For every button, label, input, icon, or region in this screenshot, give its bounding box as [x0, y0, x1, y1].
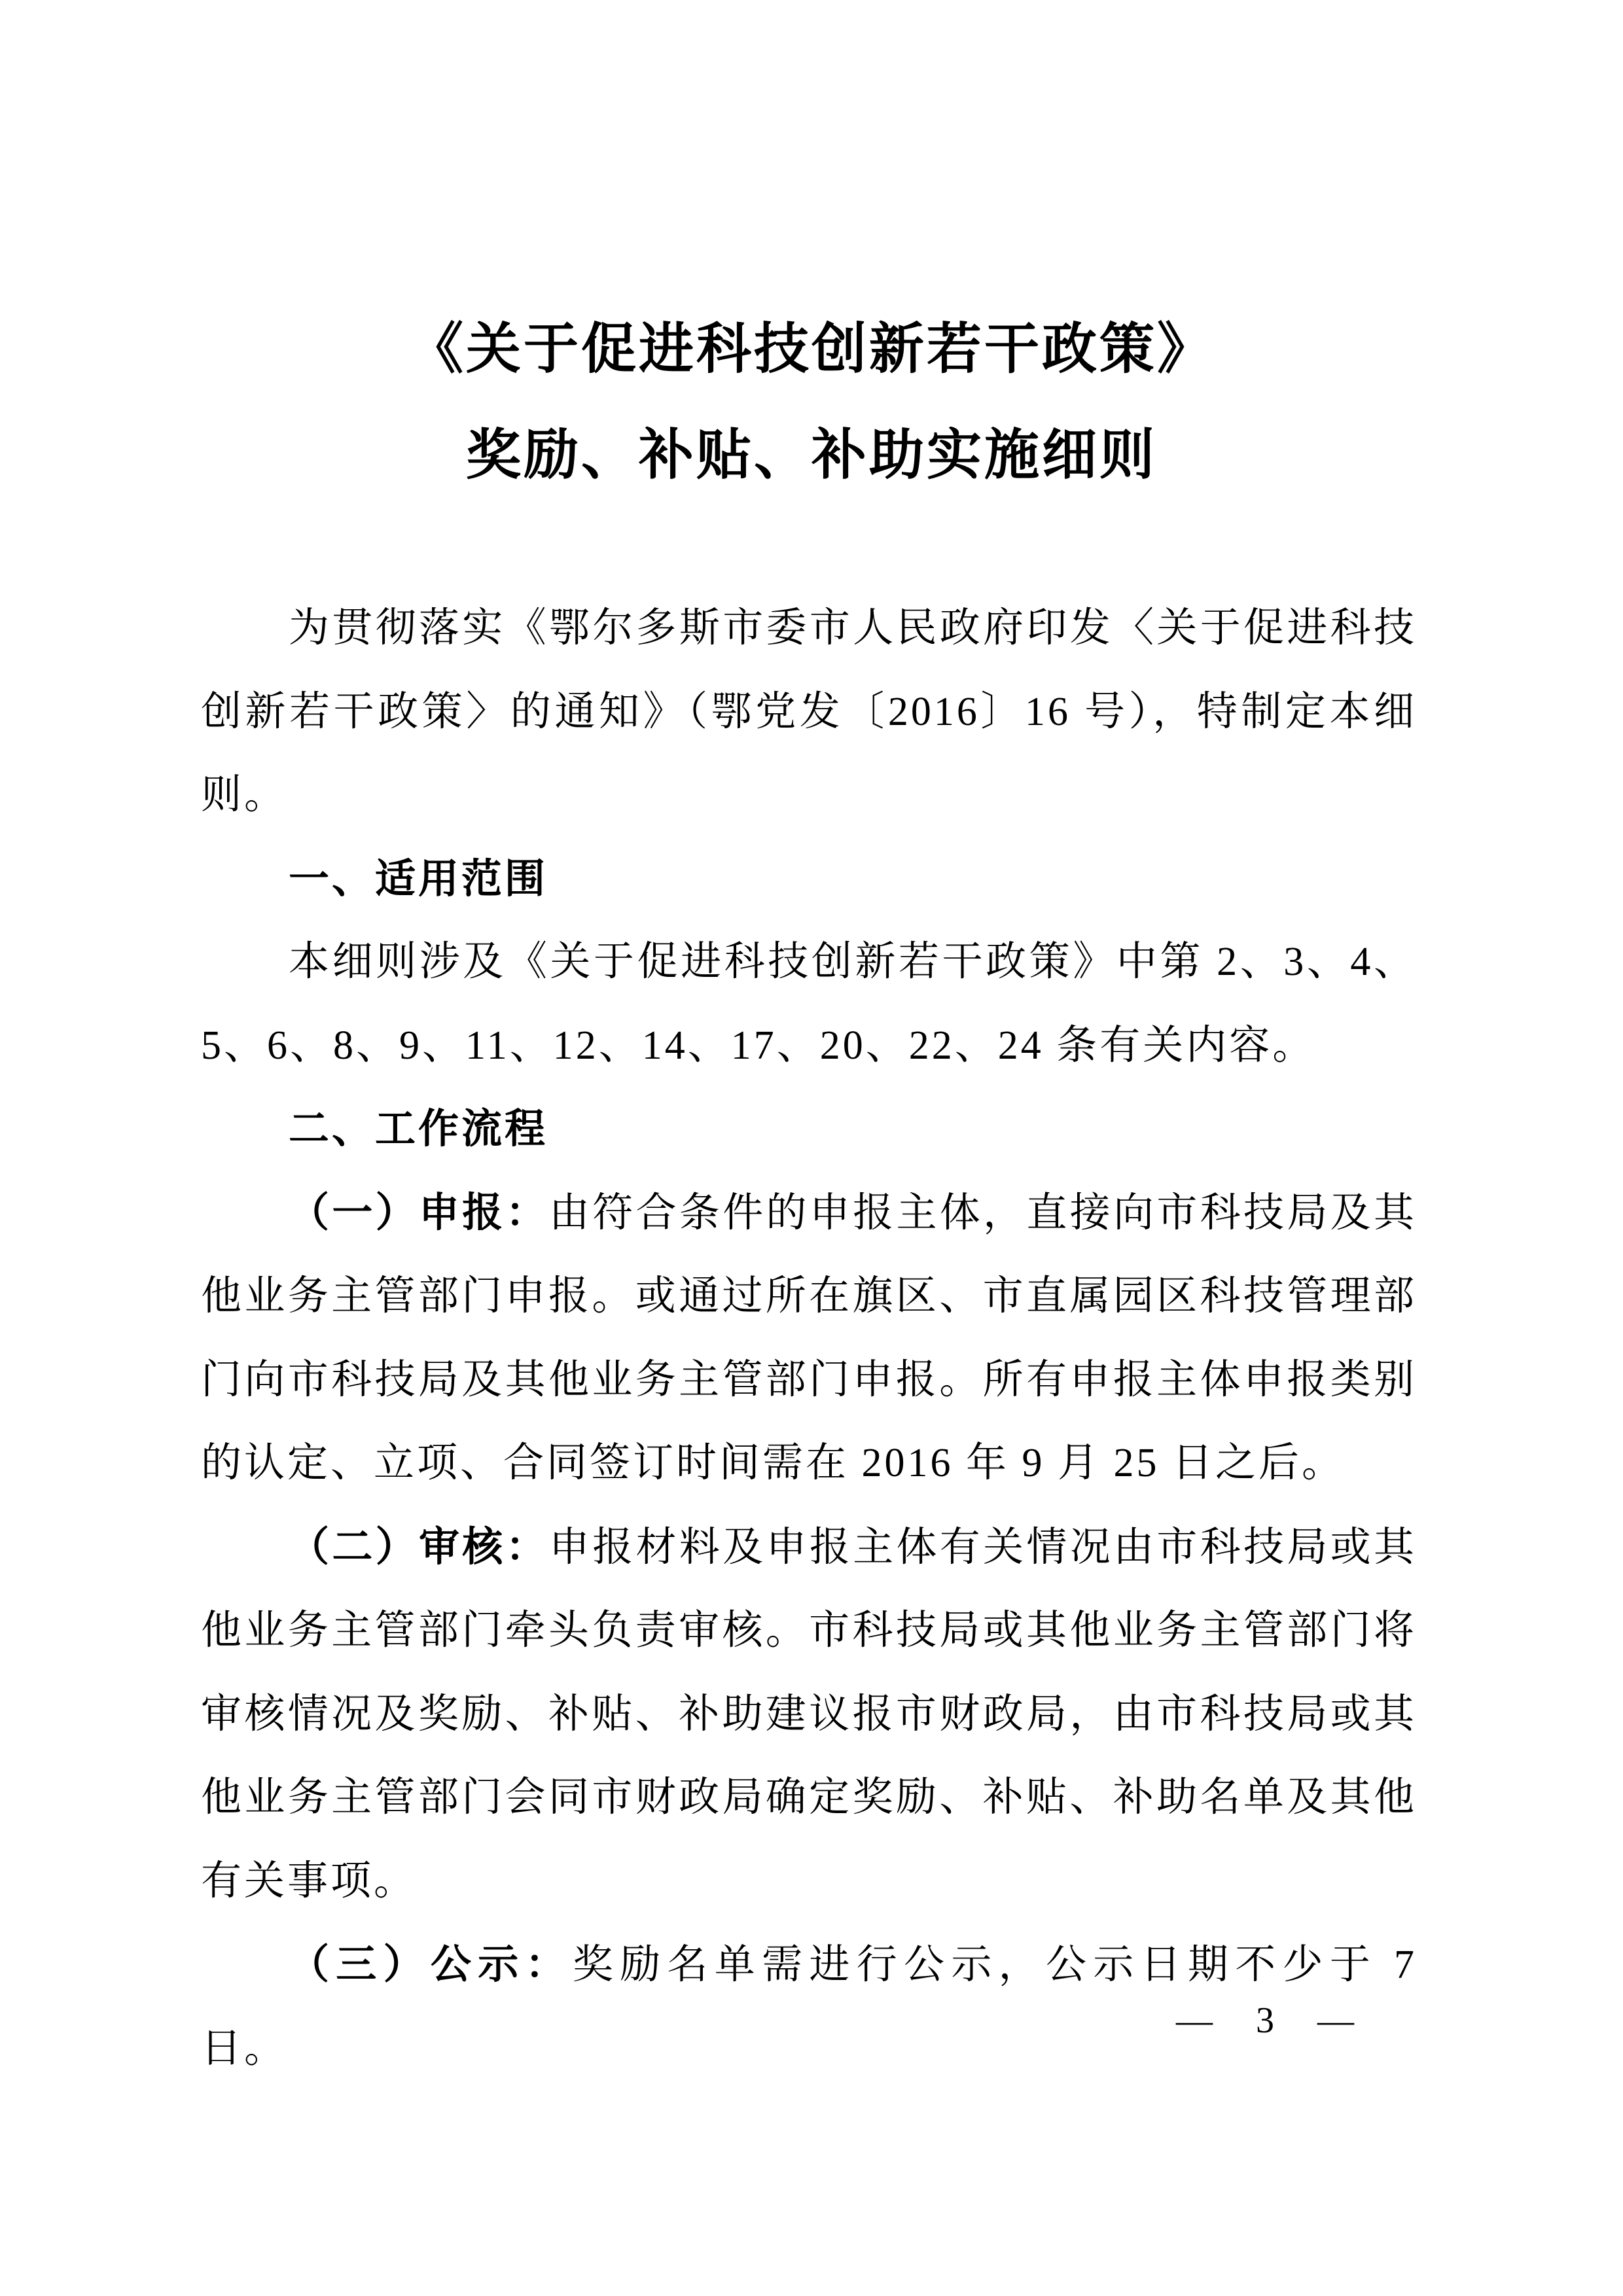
intro-paragraph: 为贯彻落实《鄂尔多斯市委市人民政府印发〈关于促进科技创新若干政策〉的通知》（鄂党… [201, 587, 1417, 838]
section-1-body: 本细则涉及《关于促进科技创新若干政策》中第 2、3、4、5、6、8、9、11、1… [201, 921, 1417, 1087]
page-number: — 3 — [1176, 2001, 1371, 2040]
workflow-item-declare-lead: （一）申报： [289, 1190, 549, 1235]
document-title: 《关于促进科技创新若干政策》 奖励、补贴、补助实施细则 [0, 296, 1623, 508]
workflow-item-review-lead: （二）审核： [289, 1525, 549, 1570]
section-2-heading: 二、工作流程 [201, 1087, 1417, 1171]
document-body: 为贯彻落实《鄂尔多斯市委市人民政府印发〈关于促进科技创新若干政策〉的通知》（鄂党… [201, 587, 1417, 2091]
workflow-item-declare: （一）申报：由符合条件的申报主体，直接向市科技局及其他业务主管部门申报。或通过所… [201, 1171, 1417, 1506]
document-page: 《关于促进科技创新若干政策》 奖励、补贴、补助实施细则 为贯彻落实《鄂尔多斯市委… [0, 0, 1623, 2296]
section-1-heading: 一、适用范围 [201, 838, 1417, 921]
workflow-item-publicity-lead: （三）公示： [289, 1942, 573, 1987]
workflow-item-review-text: 申报材料及申报主体有关情况由市科技局或其他业务主管部门牵头负责审核。市科技局或其… [201, 1525, 1417, 1903]
document-title-line-1: 《关于促进科技创新若干政策》 [0, 296, 1623, 402]
workflow-item-review: （二）审核：申报材料及申报主体有关情况由市科技局或其他业务主管部门牵头负责审核。… [201, 1506, 1417, 1924]
document-title-line-2: 奖励、补贴、补助实施细则 [0, 402, 1623, 508]
